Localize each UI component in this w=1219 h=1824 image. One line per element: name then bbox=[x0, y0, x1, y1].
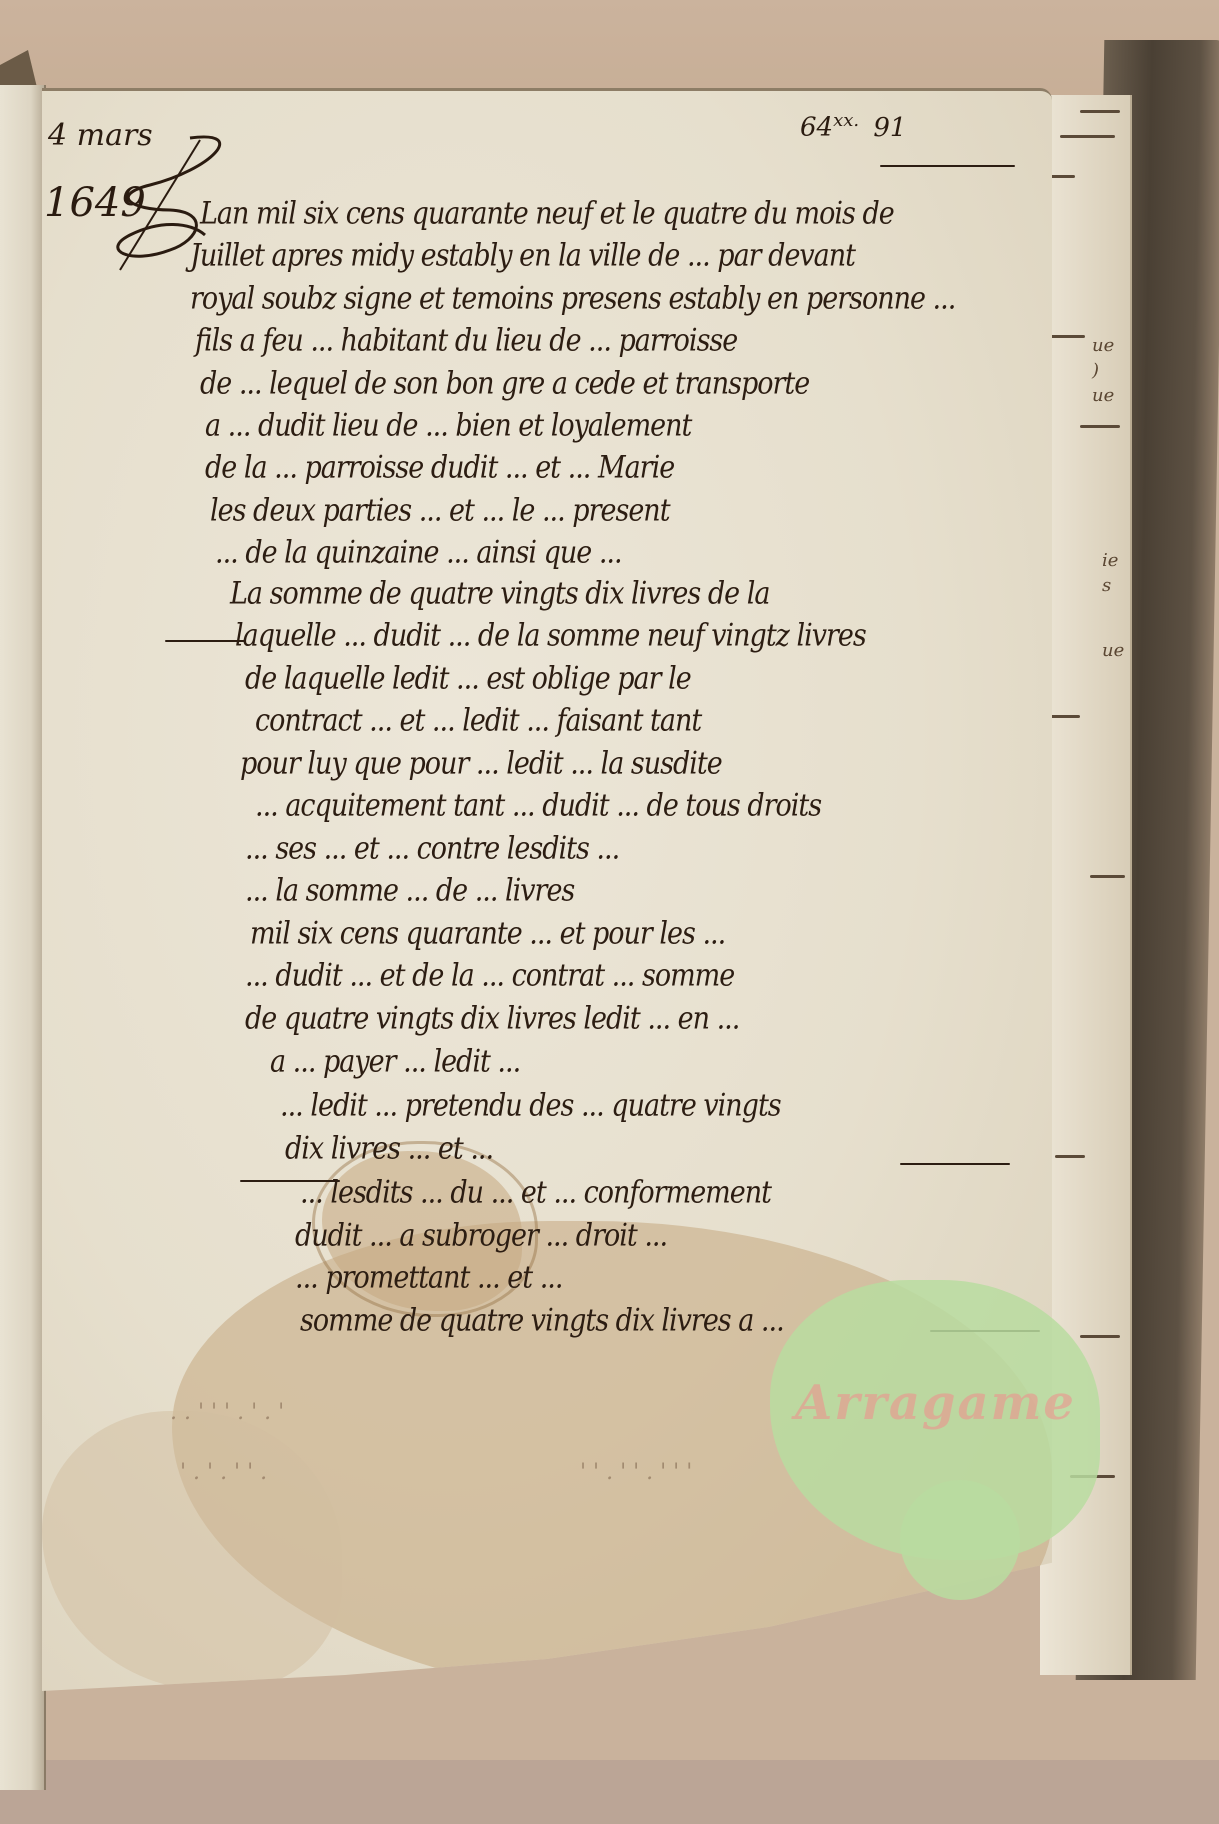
manuscript-line: La somme de quatre vingts dix livres de … bbox=[230, 576, 769, 612]
margin-fragment: s bbox=[1102, 575, 1111, 596]
line-filler-rule bbox=[900, 1163, 1010, 1165]
bleed-through-text: . . ' ' ' . ' . ' bbox=[170, 1400, 284, 1425]
folio-number: 64xx. 91 bbox=[800, 110, 906, 143]
manuscript-line: ... dudit ... et de la ... contrat ... s… bbox=[245, 958, 734, 994]
manuscript-line: Juillet apres midy estably en la ville d… bbox=[190, 238, 855, 274]
manuscript-line: a ... payer ... ledit ... bbox=[270, 1044, 520, 1080]
watermark-text: Arragame bbox=[795, 1375, 1076, 1431]
manuscript-line: de laquelle ledit ... est oblige par le bbox=[245, 661, 691, 697]
background-bottom bbox=[0, 1760, 1219, 1824]
manuscript-line: ... de la quinzaine ... ainsi que ... bbox=[215, 535, 622, 571]
page-edge-line bbox=[1060, 135, 1115, 138]
margin-fragment: ue bbox=[1102, 640, 1124, 661]
manuscript-line: ... ledit ... pretendu des ... quatre vi… bbox=[280, 1088, 781, 1124]
manuscript-line: contract ... et ... ledit ... faisant ta… bbox=[255, 703, 701, 739]
page-edge-line bbox=[1080, 1335, 1120, 1338]
manuscript-line: de la ... parroisse dudit ... et ... Mar… bbox=[205, 450, 674, 486]
manuscript-line: royal soubz signe et temoins presens est… bbox=[190, 281, 955, 317]
margin-fragment: ie bbox=[1102, 550, 1118, 571]
manuscript-line: somme de quatre vingts dix livres a ... bbox=[300, 1303, 784, 1339]
manuscript-line: pour luy que pour ... ledit ... la susdi… bbox=[240, 746, 722, 782]
manuscript-line: dudit ... a subroger ... droit ... bbox=[295, 1218, 667, 1254]
margin-fragment: ue bbox=[1092, 335, 1114, 356]
left-page-edge bbox=[0, 85, 46, 1790]
page-edge-line bbox=[1050, 715, 1080, 718]
manuscript-line: ... acquitement tant ... dudit ... de to… bbox=[255, 788, 821, 824]
manuscript-line: de quatre vingts dix livres ledit ... en… bbox=[245, 1001, 739, 1037]
green-overlay-blob bbox=[900, 1480, 1020, 1600]
margin-fragment: ue bbox=[1092, 385, 1114, 406]
bleed-through-text: ' ' . ' ' . ' ' ' bbox=[580, 1460, 692, 1485]
page-edge-line bbox=[1080, 425, 1120, 428]
manuscript-line: les deux parties ... et ... le ... prese… bbox=[210, 493, 670, 529]
manuscript-line: ... lesdits ... du ... et ... conformeme… bbox=[300, 1175, 771, 1211]
folio-main: 64 bbox=[800, 113, 833, 143]
manuscript-line: ... ses ... et ... contre lesdits ... bbox=[245, 831, 619, 867]
page-edge-line bbox=[1080, 110, 1120, 113]
folio-secondary: 91 bbox=[873, 113, 906, 143]
manuscript-line: mil six cens quarante ... et pour les ..… bbox=[250, 916, 725, 952]
line-filler-rule bbox=[880, 165, 1015, 167]
folio-superscript: xx. bbox=[833, 110, 859, 131]
page-edge-line bbox=[1050, 335, 1085, 338]
manuscript-line: ... la somme ... de ... livres bbox=[245, 873, 574, 909]
manuscript-line: ... promettant ... et ... bbox=[295, 1260, 562, 1296]
bleed-through-text: ' . ' . ' ' . bbox=[180, 1460, 267, 1485]
manuscript-line: dix livres ... et ... bbox=[285, 1131, 493, 1167]
manuscript-line: laquelle ... dudit ... de la somme neuf … bbox=[235, 618, 866, 654]
margin-fragment: ) bbox=[1092, 360, 1099, 381]
line-underline bbox=[165, 640, 245, 642]
manuscript-line: a ... dudit lieu de ... bien et loyaleme… bbox=[205, 408, 691, 444]
manuscript-line: Lan mil six cens quarante neuf et le qua… bbox=[200, 196, 894, 232]
page-edge-line bbox=[1055, 1155, 1085, 1158]
manuscript-line: de ... lequel de son bon gre a cede et t… bbox=[200, 366, 809, 402]
page-edge-line bbox=[1090, 875, 1125, 878]
manuscript-line: fils a feu ... habitant du lieu de ... p… bbox=[195, 323, 737, 359]
